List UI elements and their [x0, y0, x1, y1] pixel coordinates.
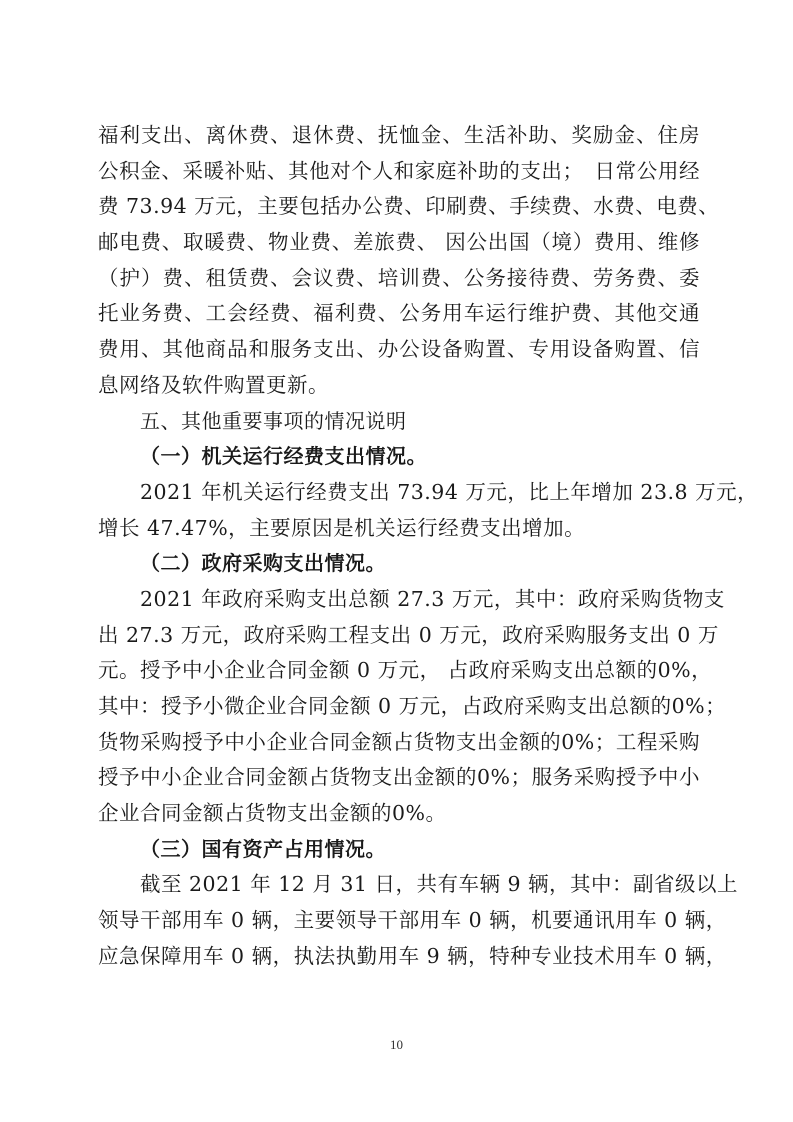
paragraph-line: 托业务费、工会经费、福利费、公务用车运行维护费、其他交通: [98, 296, 700, 332]
paragraph-line: 息网络及软件购置更新。: [98, 368, 700, 404]
paragraph-line: 元。授予中小企业合同金额 0 万元， 占政府采购支出总额的0%，: [98, 653, 700, 689]
paragraph-line: 领导干部用车 0 辆，主要领导干部用车 0 辆，机要通讯用车 0 辆，: [98, 903, 700, 939]
paragraph-line: 费 73.94 万元，主要包括办公费、印刷费、手续费、水费、电费、: [98, 189, 700, 225]
paragraph-line: 授予中小企业合同金额占货物支出金额的0%；服务采购授予中小: [98, 760, 700, 796]
paragraph-line: 2021 年机关运行经费支出 73.94 万元，比上年增加 23.8 万元，: [98, 475, 700, 511]
paragraph-line: 应急保障用车 0 辆，执法执勤用车 9 辆，特种专业技术用车 0 辆，: [98, 939, 700, 975]
paragraph-line: 企业合同金额占货物支出金额的0%。: [98, 796, 700, 832]
paragraph-line: 货物采购授予中小企业合同金额占货物支出金额的0%；工程采购: [98, 725, 700, 761]
paragraph-line: 邮电费、取暖费、物业费、差旅费、 因公出国（境）费用、维修: [98, 225, 700, 261]
document-page: 福利支出、离休费、退休费、抚恤金、生活补助、奖励金、住房 公积金、采暖补贴、其他…: [0, 0, 793, 1122]
paragraph-line: 公积金、采暖补贴、其他对个人和家庭补助的支出； 日常公用经: [98, 154, 700, 190]
subsection-heading-operating-expense: （一）机关运行经费支出情况。: [98, 439, 700, 475]
paragraph-line: 2021 年政府采购支出总额 27.3 万元，其中：政府采购货物支: [98, 582, 700, 618]
paragraph-line: 其中：授予小微企业合同金额 0 万元，占政府采购支出总额的0%；: [98, 689, 700, 725]
page-number: 10: [0, 1037, 793, 1053]
paragraph-line: 出 27.3 万元，政府采购工程支出 0 万元，政府采购服务支出 0 万: [98, 618, 700, 654]
paragraph-line: 费用、其他商品和服务支出、办公设备购置、专用设备购置、信: [98, 332, 700, 368]
paragraph-line: 截至 2021 年 12 月 31 日，共有车辆 9 辆，其中：副省级以上: [98, 867, 700, 903]
section-heading-five: 五、其他重要事项的情况说明: [98, 404, 700, 440]
document-body: 福利支出、离休费、退休费、抚恤金、生活补助、奖励金、住房 公积金、采暖补贴、其他…: [98, 118, 700, 975]
subsection-heading-procurement: （二）政府采购支出情况。: [98, 546, 700, 582]
paragraph-line: 增长 47.47%，主要原因是机关运行经费支出增加。: [98, 511, 700, 547]
paragraph-line: 福利支出、离休费、退休费、抚恤金、生活补助、奖励金、住房: [98, 118, 700, 154]
paragraph-line: （护）费、租赁费、会议费、培训费、公务接待费、劳务费、委: [98, 261, 700, 297]
subsection-heading-state-assets: （三）国有资产占用情况。: [98, 832, 700, 868]
